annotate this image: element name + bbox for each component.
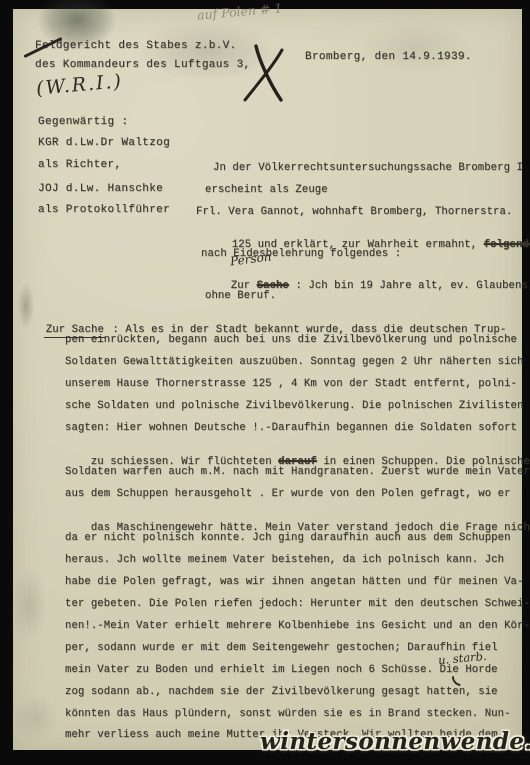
witness-name-line: Frl. Vera Gannot, wohnhaft Bromberg, Tho… <box>196 206 512 218</box>
body-line: heraus. Jch wollte meinem Vater beistehe… <box>65 554 504 566</box>
handwritten-x-mark <box>236 40 294 104</box>
body-line: aus dem Schuppen herausgeholt . Er wurde… <box>65 488 511 500</box>
body-line: Soldaten Gewalttätigkeiten auszuüben. So… <box>65 356 523 368</box>
person-statement: : Jch bin 19 Jahre alt, ev. Glaubens, <box>289 280 530 292</box>
body-line: nen!.-Mein Vater erhielt mehrere Kolbenh… <box>65 620 530 632</box>
office-line-2: des Kommandeurs des Luftgaus 3, <box>35 59 250 71</box>
attendees-title: Gegenwärtig : <box>38 116 128 128</box>
attendee-clerk-name: JOJ d.Lw. Hanschke <box>38 183 163 195</box>
site-watermark: wintersonnenwende.com <box>260 728 530 755</box>
body-line: zog sodann ab., nachdem sie der Zivilbev… <box>65 686 498 698</box>
witness-appearance-line: erscheint als Zeuge <box>205 184 328 196</box>
occupation-line: ohne Beruf. <box>205 290 276 302</box>
body-line: unserem Hause Thornerstrasse 125 , 4 Km … <box>65 378 517 390</box>
body-line: pen einrückten, begann auch bei uns die … <box>65 334 517 346</box>
place-date: Bromberg, den 14.9.1939. <box>305 51 472 63</box>
attendee-judge-role: als Richter, <box>38 159 121 171</box>
attendee-judge-name: KGR d.Lw.Dr Waltzog <box>38 137 170 149</box>
body-line: könnten das Haus plündern, sonst würden … <box>65 708 511 720</box>
body-line: habe die Polen gefragt, was wir ihnen an… <box>65 576 523 588</box>
body-line: ter gebeten. Die Polen riefen jedoch: He… <box>65 598 530 610</box>
body-line: per, sodann wurde er mit dem Seitengeweh… <box>65 642 498 654</box>
body-line: Soldaten warfen auch m.M. nach mit Handg… <box>65 466 530 478</box>
body-line: da er nicht polnisch konnte. Jch ging da… <box>65 532 511 544</box>
attendee-clerk-role: als Protokollführer <box>38 204 170 216</box>
scanned-document-page: auf Polen # 1 Feldgericht des Stabes z.b… <box>0 0 530 765</box>
body-line: sche Soldaten und polnische Zivilbevölke… <box>65 400 523 412</box>
body-line: mein Vater zu Boden und erhielt im Liege… <box>65 664 498 676</box>
struck-word: folgendes: <box>484 239 530 251</box>
office-line-1: Feldgericht des Stabes z.b.V. <box>35 40 237 52</box>
body-line: sagten: Hier wohnen Deutsche !.-Daraufhi… <box>65 422 517 434</box>
case-reference-line: Jn der Völkerrechtsuntersuchungssache Br… <box>213 162 523 174</box>
